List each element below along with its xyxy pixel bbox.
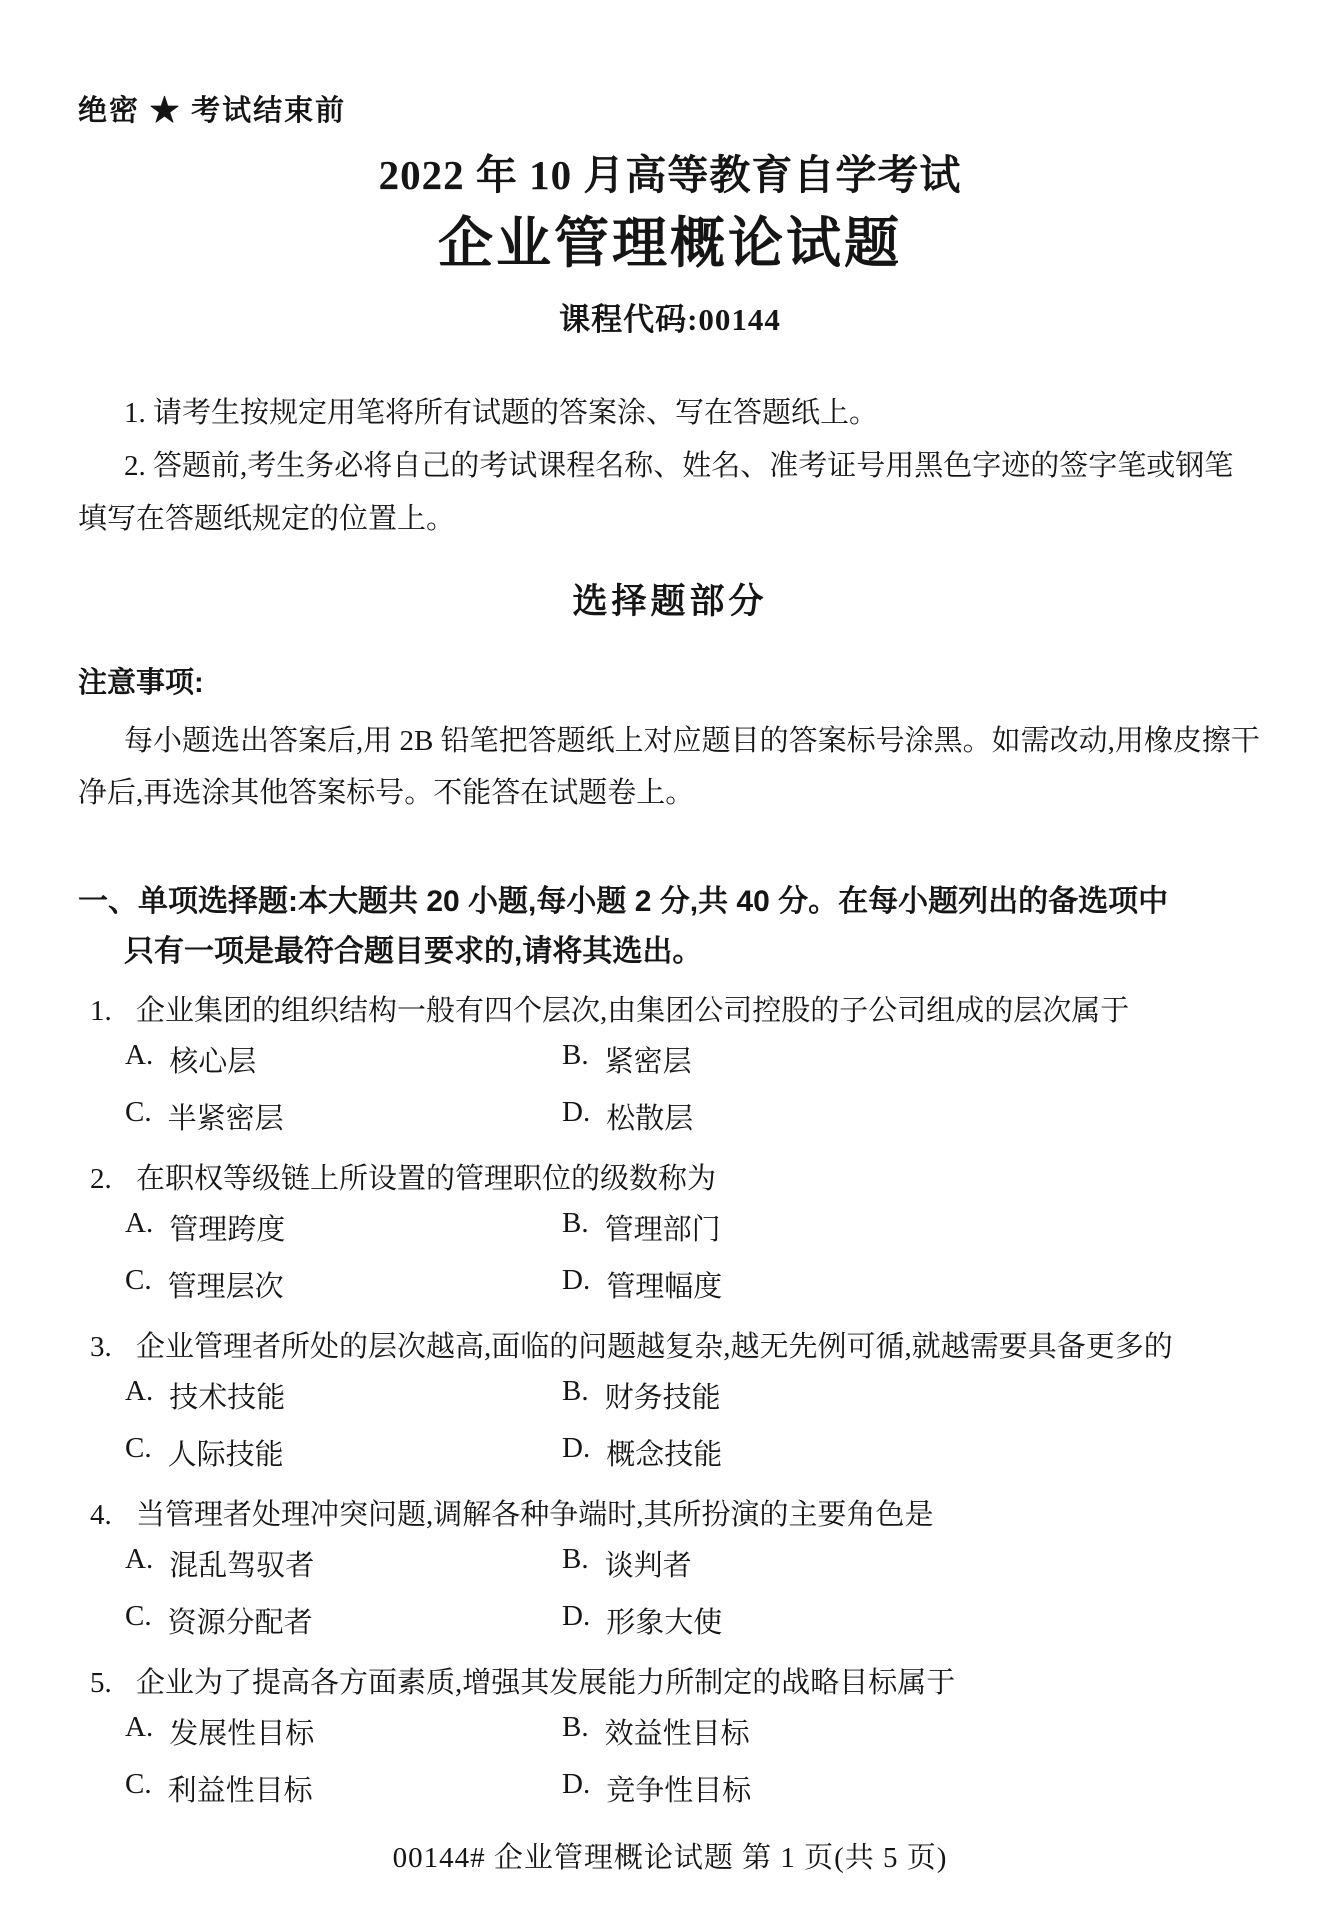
exam-session-title: 2022 年 10 月高等教育自学考试 [78,151,1262,200]
option-row: A. 混乱驾驭者 B. 谈判者 [78,1535,1262,1592]
option-label: B. [562,1711,589,1752]
option-a: A. 技术技能 [125,1375,562,1416]
option-label: B. [562,1543,589,1584]
option-text: 松散层 [606,1096,693,1137]
part-one-heading-line2: 只有一项是最符合题目要求的,请将其选出。 [78,927,1262,977]
option-label: D. [562,1264,590,1305]
course-code: 课程代码:00144 [78,294,1262,339]
option-text: 资源分配者 [168,1600,313,1641]
option-label: D. [562,1768,590,1809]
question-number: 2. [90,1159,126,1199]
option-text: 管理幅度 [606,1264,722,1305]
option-label: A. [125,1543,153,1584]
option-b: B. 管理部门 [562,1207,999,1248]
question-number: 4. [90,1495,126,1535]
exam-paper-title: 企业管理概论试题 [78,210,1262,276]
option-b: B. 财务技能 [562,1375,999,1416]
option-row: A. 核心层 B. 紧密层 [78,1031,1262,1088]
option-a: A. 管理跨度 [125,1207,562,1248]
option-d: D. 竞争性目标 [562,1768,999,1809]
secrecy-label: 绝密 ★ 考试结束前 [78,0,1262,129]
option-d: D. 概念技能 [562,1432,999,1473]
option-text: 技术技能 [169,1375,285,1416]
option-label: C. [125,1432,152,1473]
option-label: C. [125,1768,152,1809]
question-number: 5. [90,1663,126,1703]
option-text: 效益性目标 [605,1711,750,1752]
question-stem: 5. 企业为了提高各方面素质,增强其发展能力所制定的战略目标属于 [78,1663,1262,1703]
option-d: D. 管理幅度 [562,1264,999,1305]
option-c: C. 人际技能 [125,1432,562,1473]
option-b: B. 谈判者 [562,1543,999,1584]
question-stem: 2. 在职权等级链上所设置的管理职位的级数称为 [78,1159,1262,1199]
question-item-4: 4. 当管理者处理冲突问题,调解各种争端时,其所扮演的主要角色是 A. 混乱驾驭… [78,1495,1262,1649]
option-text: 谈判者 [605,1543,692,1584]
option-text: 形象大使 [606,1600,722,1641]
option-label: A. [125,1711,153,1752]
option-c: C. 资源分配者 [125,1600,562,1641]
option-row: A. 技术技能 B. 财务技能 [78,1367,1262,1424]
question-number: 1. [90,991,126,1031]
question-stem: 1. 企业集团的组织结构一般有四个层次,由集团公司控股的子公司组成的层次属于 [78,991,1262,1031]
option-row: C. 半紧密层 D. 松散层 [78,1088,1262,1145]
option-row: C. 资源分配者 D. 形象大使 [78,1592,1262,1649]
exam-paper-page: 绝密 ★ 考试结束前 2022 年 10 月高等教育自学考试 企业管理概论试题 … [0,0,1340,1914]
option-label: D. [562,1096,590,1137]
option-d: D. 松散层 [562,1096,999,1137]
option-row: C. 管理层次 D. 管理幅度 [78,1256,1262,1313]
question-stem-text: 企业为了提高各方面素质,增强其发展能力所制定的战略目标属于 [136,1663,955,1703]
option-a: A. 发展性目标 [125,1711,562,1752]
question-item-5: 5. 企业为了提高各方面素质,增强其发展能力所制定的战略目标属于 A. 发展性目… [78,1663,1262,1817]
option-text: 半紧密层 [168,1096,284,1137]
option-d: D. 形象大使 [562,1600,999,1641]
question-stem: 4. 当管理者处理冲突问题,调解各种争端时,其所扮演的主要角色是 [78,1495,1262,1535]
attention-body: 每小题选出答案后,用 2B 铅笔把答题纸上对应题目的答案标号涂黑。如需改动,用橡… [78,715,1262,819]
option-row: A. 管理跨度 B. 管理部门 [78,1199,1262,1256]
option-text: 管理部门 [605,1207,721,1248]
option-text: 财务技能 [605,1375,721,1416]
option-row: C. 人际技能 D. 概念技能 [78,1424,1262,1481]
option-label: B. [562,1207,589,1248]
option-text: 利益性目标 [168,1768,313,1809]
option-text: 发展性目标 [169,1711,314,1752]
option-label: C. [125,1600,152,1641]
option-row: C. 利益性目标 D. 竞争性目标 [78,1760,1262,1817]
option-label: C. [125,1264,152,1305]
question-stem-text: 企业集团的组织结构一般有四个层次,由集团公司控股的子公司组成的层次属于 [136,991,1129,1031]
option-label: A. [125,1375,153,1416]
option-label: D. [562,1600,590,1641]
option-text: 混乱驾驭者 [169,1543,314,1584]
option-text: 核心层 [169,1039,256,1080]
option-row: A. 发展性目标 B. 效益性目标 [78,1703,1262,1760]
option-text: 管理层次 [168,1264,284,1305]
question-stem: 3. 企业管理者所处的层次越高,面临的问题越复杂,越无先例可循,就越需要具备更多… [78,1327,1262,1367]
option-text: 概念技能 [606,1432,722,1473]
question-stem-text: 企业管理者所处的层次越高,面临的问题越复杂,越无先例可循,就越需要具备更多的 [136,1327,1173,1367]
option-text: 紧密层 [605,1039,692,1080]
question-stem-text: 当管理者处理冲突问题,调解各种争端时,其所扮演的主要角色是 [136,1495,934,1535]
question-item-2: 2. 在职权等级链上所设置的管理职位的级数称为 A. 管理跨度 B. 管理部门 … [78,1159,1262,1313]
option-label: C. [125,1096,152,1137]
option-c: C. 利益性目标 [125,1768,562,1809]
option-text: 竞争性目标 [606,1768,751,1809]
option-text: 管理跨度 [169,1207,285,1248]
notice-item-1: 1. 请考生按规定用笔将所有试题的答案涂、写在答题纸上。 [78,387,1262,440]
option-text: 人际技能 [168,1432,284,1473]
option-label: A. [125,1039,153,1080]
question-stem-text: 在职权等级链上所设置的管理职位的级数称为 [136,1159,716,1199]
section-title: 选择题部分 [78,574,1262,624]
option-a: A. 混乱驾驭者 [125,1543,562,1584]
option-label: D. [562,1432,590,1473]
option-label: A. [125,1207,153,1248]
option-b: B. 紧密层 [562,1039,999,1080]
option-label: B. [562,1375,589,1416]
question-number: 3. [90,1327,126,1367]
page-footer: 00144# 企业管理概论试题 第 1 页(共 5 页) [0,1835,1340,1876]
option-c: C. 半紧密层 [125,1096,562,1137]
question-item-1: 1. 企业集团的组织结构一般有四个层次,由集团公司控股的子公司组成的层次属于 A… [78,991,1262,1145]
option-c: C. 管理层次 [125,1264,562,1305]
part-one-heading-line1: 一、单项选择题:本大题共 20 小题,每小题 2 分,共 40 分。在每小题列出… [78,877,1262,927]
notice-item-2: 2. 答题前,考生务必将自己的考试课程名称、姓名、准考证号用黑色字迹的签字笔或钢… [78,440,1262,546]
option-label: B. [562,1039,589,1080]
question-item-3: 3. 企业管理者所处的层次越高,面临的问题越复杂,越无先例可循,就越需要具备更多… [78,1327,1262,1481]
attention-heading: 注意事项: [78,660,1262,701]
option-b: B. 效益性目标 [562,1711,999,1752]
option-a: A. 核心层 [125,1039,562,1080]
part-one-heading: 一、单项选择题:本大题共 20 小题,每小题 2 分,共 40 分。在每小题列出… [78,877,1262,977]
